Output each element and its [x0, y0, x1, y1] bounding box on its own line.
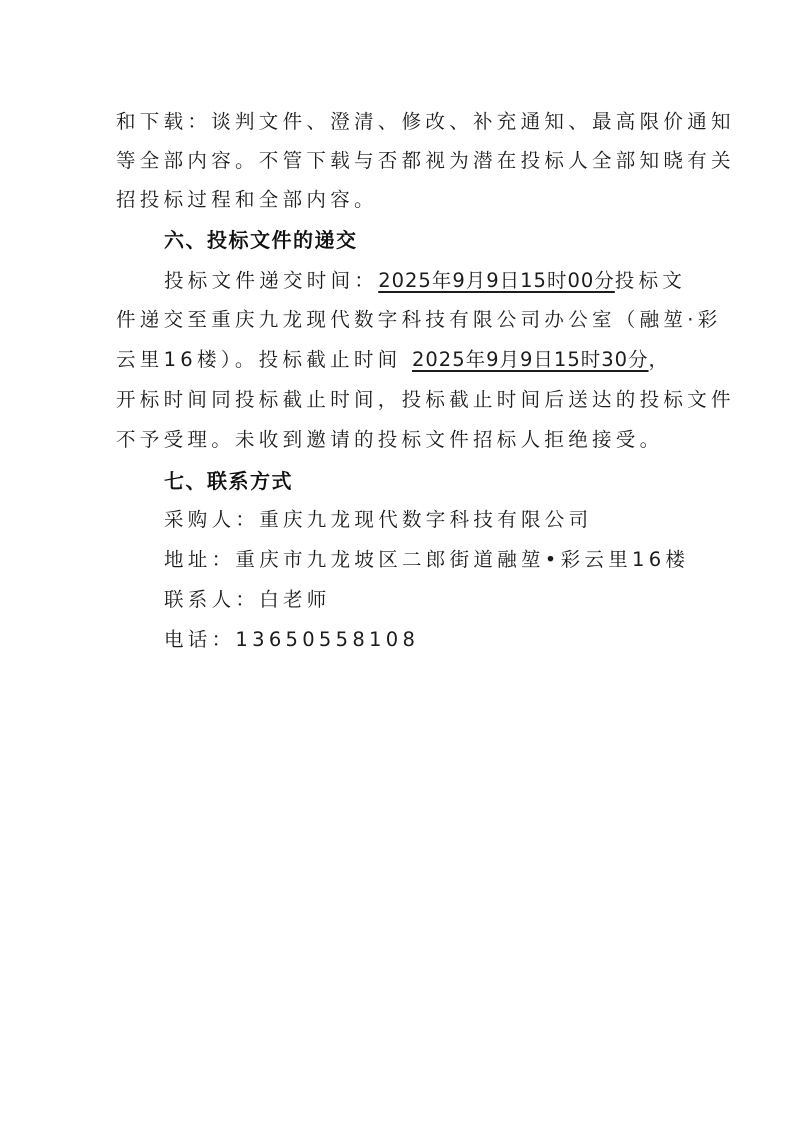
- submission-time-value: 2025年9月9日15时00分: [378, 269, 615, 292]
- deadline-suffix: ，: [649, 348, 673, 371]
- contact-purchaser: 采购人：重庆九龙现代数字科技有限公司: [164, 500, 676, 540]
- document-page: 和下载：谈判文件、澄清、修改、补充通知、最高限价通知 等全部内容。不管下载与否都…: [0, 0, 793, 1122]
- section-heading-contact: 七、联系方式: [164, 461, 676, 501]
- paragraph-line: 件递交至重庆九龙现代数字科技有限公司办公室（融堃·彩: [116, 300, 676, 340]
- contact-person: 联系人：白老师: [164, 580, 676, 620]
- deadline-value: 2025年9月9日15时30分: [412, 348, 649, 371]
- section-heading-submission: 六、投标文件的递交: [164, 220, 676, 260]
- paragraph-line: 和下载：谈判文件、澄清、修改、补充通知、最高限价通知: [116, 102, 676, 142]
- contact-address: 地址：重庆市九龙坡区二郎街道融堃•彩云里16楼: [164, 540, 676, 580]
- submission-time-line: 投标文件递交时间：2025年9月9日15时00分投标文: [164, 261, 676, 301]
- paragraph-line: 开标时间同投标截止时间，投标截止时间后送达的投标文件: [116, 380, 676, 420]
- paragraph-line: 招投标过程和全部内容。: [116, 180, 676, 220]
- submission-time-suffix: 投标文: [615, 269, 686, 292]
- submission-time-label: 投标文件递交时间：: [164, 269, 378, 292]
- deadline-label: 云里16楼）。投标截止时间: [116, 348, 401, 371]
- contact-phone: 电话：13650558108: [164, 620, 676, 660]
- paragraph-line: 不予受理。未收到邀请的投标文件招标人拒绝接受。: [116, 420, 676, 460]
- deadline-line: 云里16楼）。投标截止时间 2025年9月9日15时30分，: [116, 340, 676, 380]
- paragraph-line: 等全部内容。不管下载与否都视为潜在投标人全部知晓有关: [116, 141, 676, 181]
